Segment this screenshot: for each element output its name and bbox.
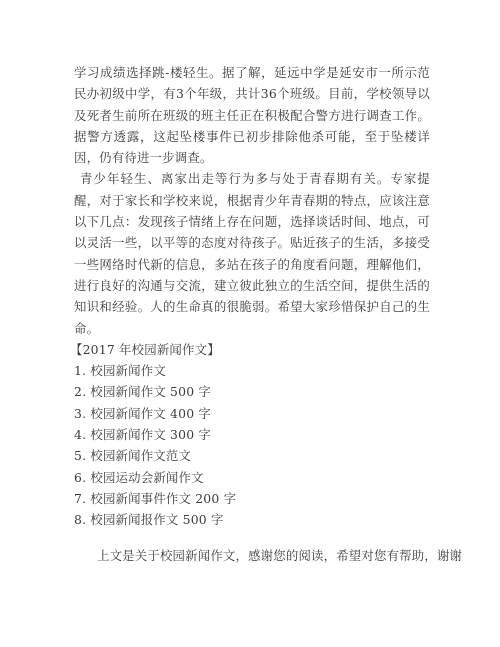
body-paragraph: 学习成绩选择跳-楼轻生。据了解，延远中学是延安市一所示范民办初级中学，有3个年级… (74, 62, 430, 168)
list-item: 3. 校园新闻作文 400 字 (74, 403, 430, 424)
list-item: 1. 校园新闻作文 (74, 360, 430, 381)
document-page: 学习成绩选择跳-楼轻生。据了解，延远中学是延安市一所示范民办初级中学，有3个年级… (74, 62, 430, 566)
list-item: 2. 校园新闻作文 500 字 (74, 381, 430, 402)
list-item: 8. 校园新闻报作文 500 字 (74, 509, 430, 530)
list-item: 6. 校园运动会新闻作文 (74, 467, 430, 488)
list-item: 4. 校园新闻作文 300 字 (74, 424, 430, 445)
section-heading: 【2017 年校园新闻作文】 (70, 339, 430, 360)
list-item: 7. 校园新闻事件作文 200 字 (74, 488, 430, 509)
related-articles-list: 1. 校园新闻作文 2. 校园新闻作文 500 字 3. 校园新闻作文 400 … (74, 360, 430, 530)
list-item: 5. 校园新闻作文范文 (74, 445, 430, 466)
closing-note: 上文是关于校园新闻作文，感谢您的阅读，希望对您有帮助，谢谢 (97, 545, 430, 566)
body-paragraph: 青少年轻生、离家出走等行为多与处于青春期有关。专家提醒，对于家长和学校来说，根据… (74, 168, 430, 338)
